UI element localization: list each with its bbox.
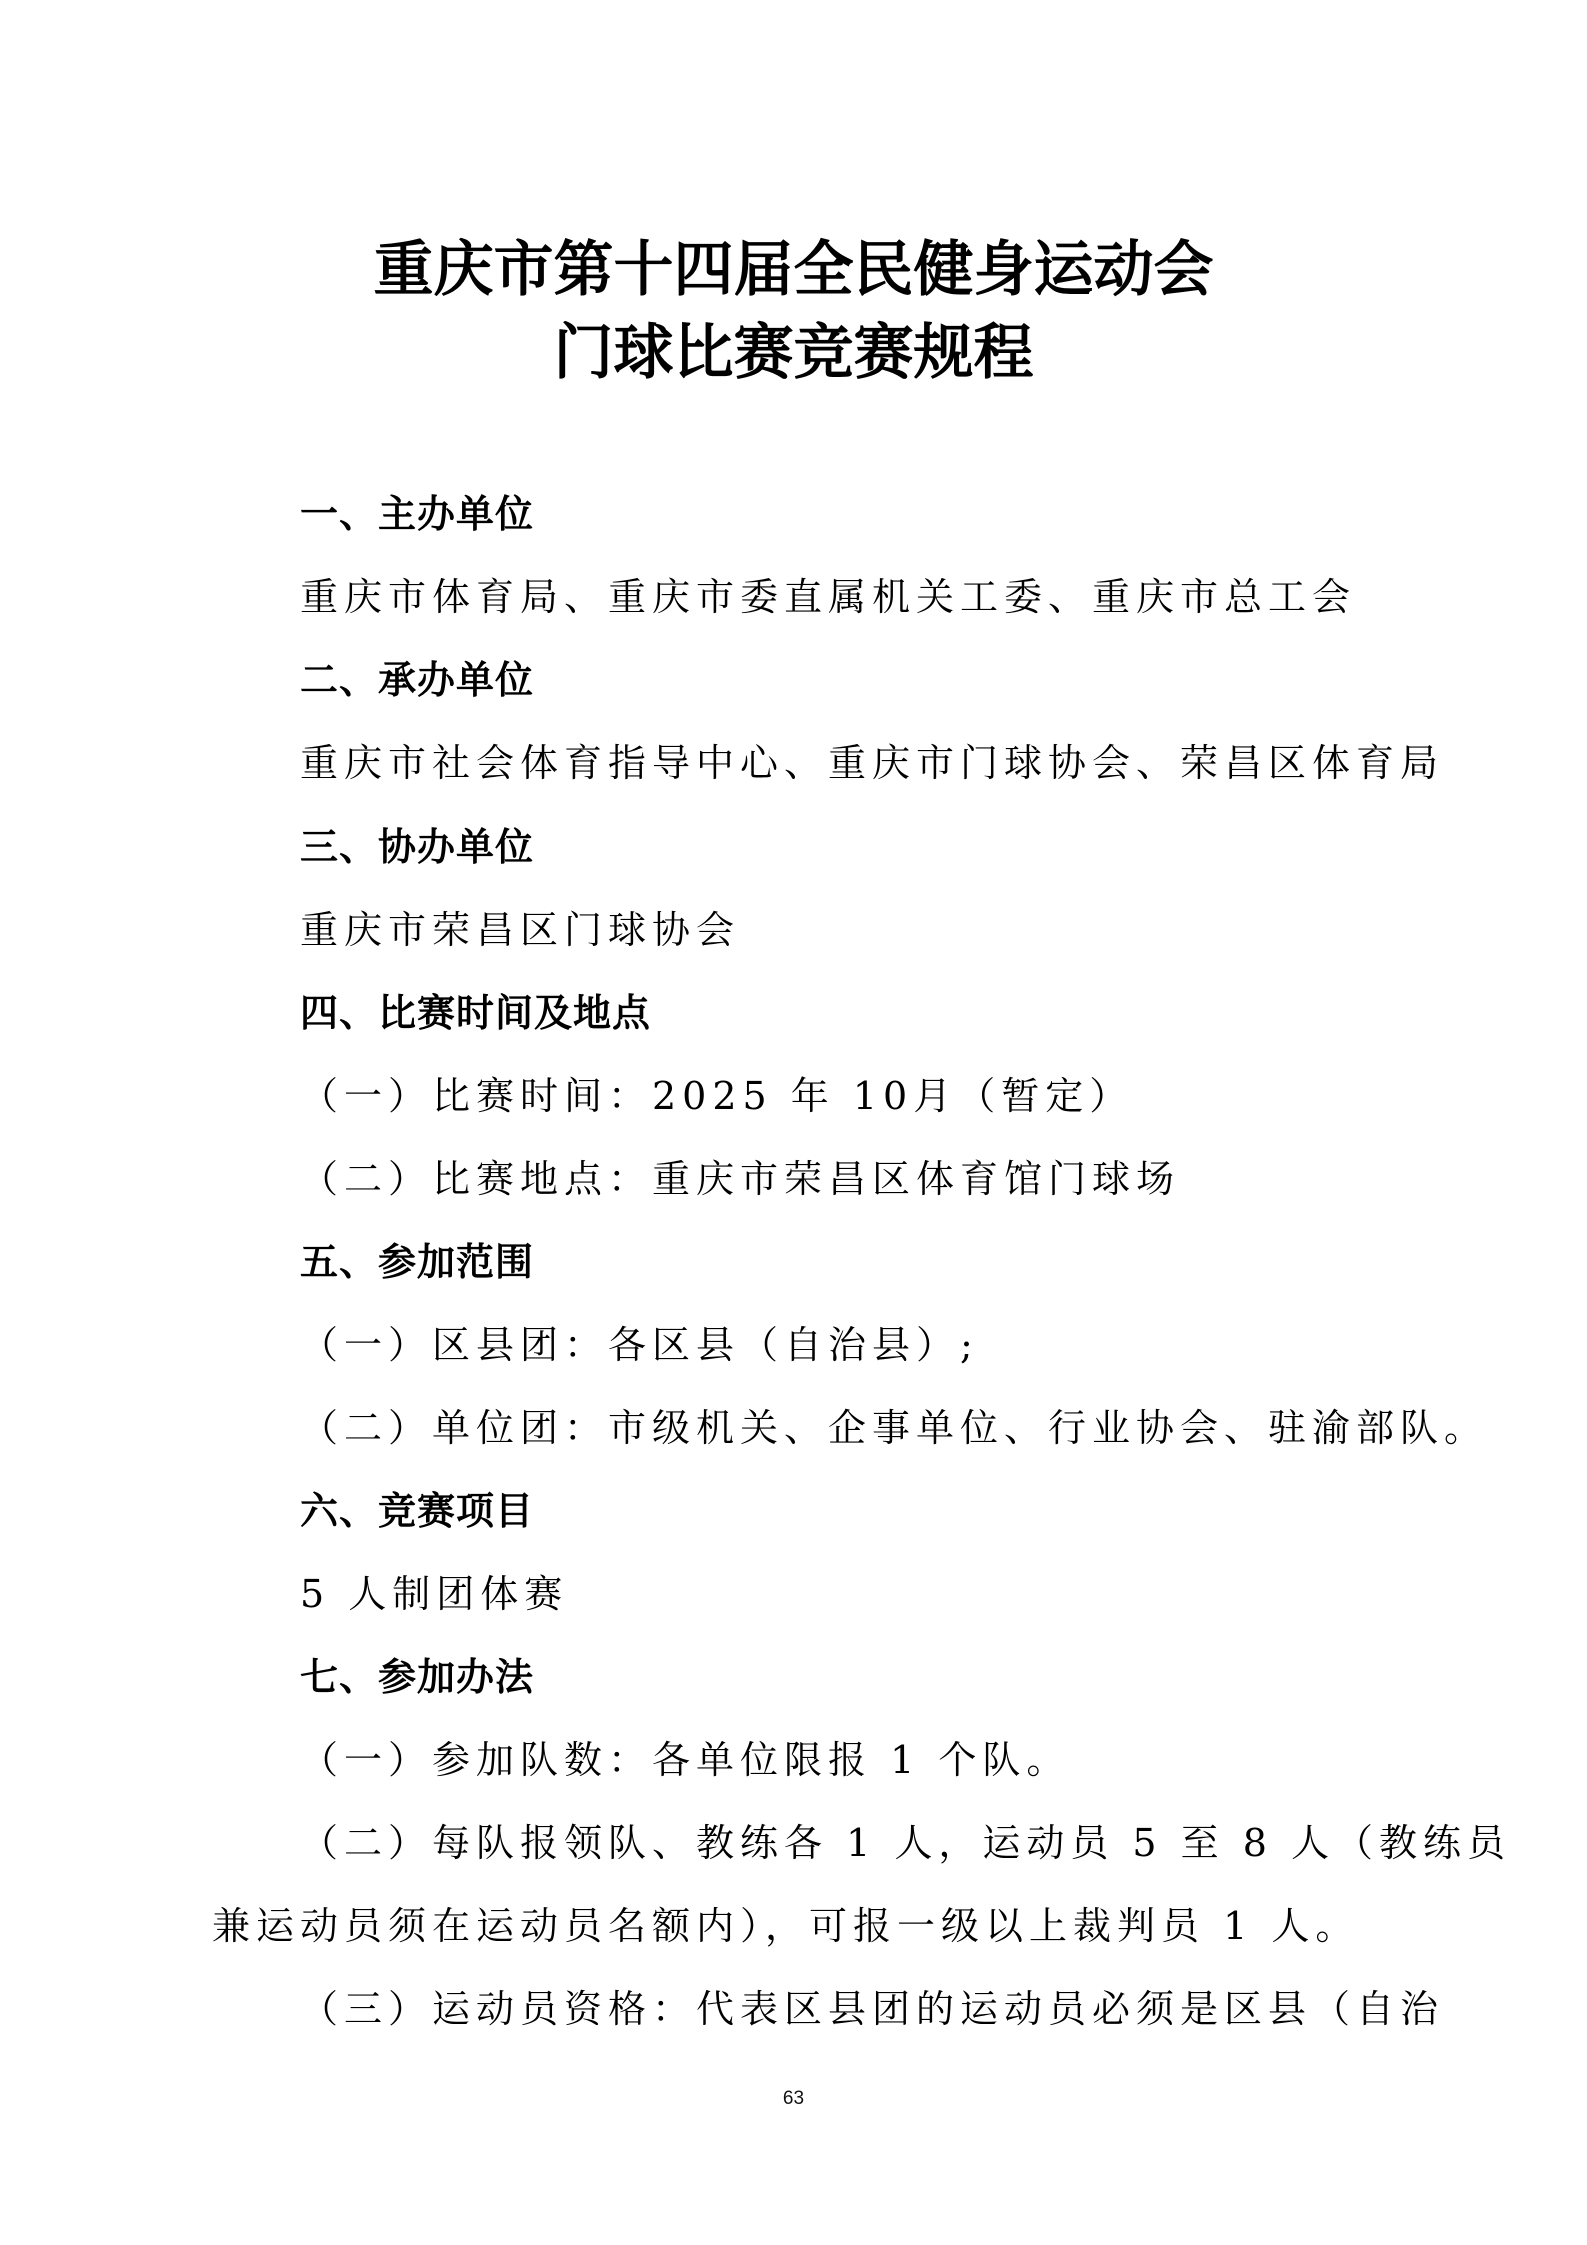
section-text-time: （一）比赛时间：2025 年 10月（暂定） [300,1074,1133,1118]
section-text-team-roster: （二）每队报领队、教练各 1 人，运动员 5 至 8 人（教练员 [300,1821,1511,1865]
section-heading-scope: 五、参加范围 [300,1240,534,1284]
section-text-events: 5 人制团体赛 [300,1572,568,1616]
section-heading-events: 六、竞赛项目 [300,1489,534,1533]
section-text-organizer: 重庆市体育局、重庆市委直属机关工委、重庆市总工会 [300,575,1356,619]
section-text-host: 重庆市社会体育指导中心、重庆市门球协会、荣昌区体育局 [300,741,1444,785]
section-heading-participation: 七、参加办法 [300,1655,534,1699]
document-page: 重庆市第十四届全民健身运动会 门球比赛竞赛规程 一、主办单位 重庆市体育局、重庆… [0,0,1587,2245]
section-heading-time-place: 四、比赛时间及地点 [300,991,651,1035]
section-text-athlete-eligibility: （三）运动员资格：代表区县团的运动员必须是区县（自治 [300,1987,1444,2031]
section-text-scope-unit: （二）单位团：市级机关、企事单位、行业协会、驻渝部队。 [300,1406,1488,1450]
section-heading-co-organizer: 三、协办单位 [300,825,534,869]
section-text-place: （二）比赛地点：重庆市荣昌区体育馆门球场 [300,1157,1180,1201]
document-title-line-1: 重庆市第十四届全民健身运动会 [0,240,1587,300]
document-title-line-2: 门球比赛竞赛规程 [0,323,1587,383]
section-text-team-roster-cont: 兼运动员须在运动员名额内），可报一级以上裁判员 1 人。 [212,1904,1359,1948]
section-heading-host: 二、承办单位 [300,658,534,702]
section-text-scope-district: （一）区县团：各区县（自治县）; [300,1323,979,1367]
section-text-co-organizer: 重庆市荣昌区门球协会 [300,908,740,952]
page-number: 63 [0,2088,1587,2110]
section-text-team-count: （一）参加队数：各单位限报 1 个队。 [300,1738,1070,1782]
section-heading-organizer: 一、主办单位 [300,492,534,536]
